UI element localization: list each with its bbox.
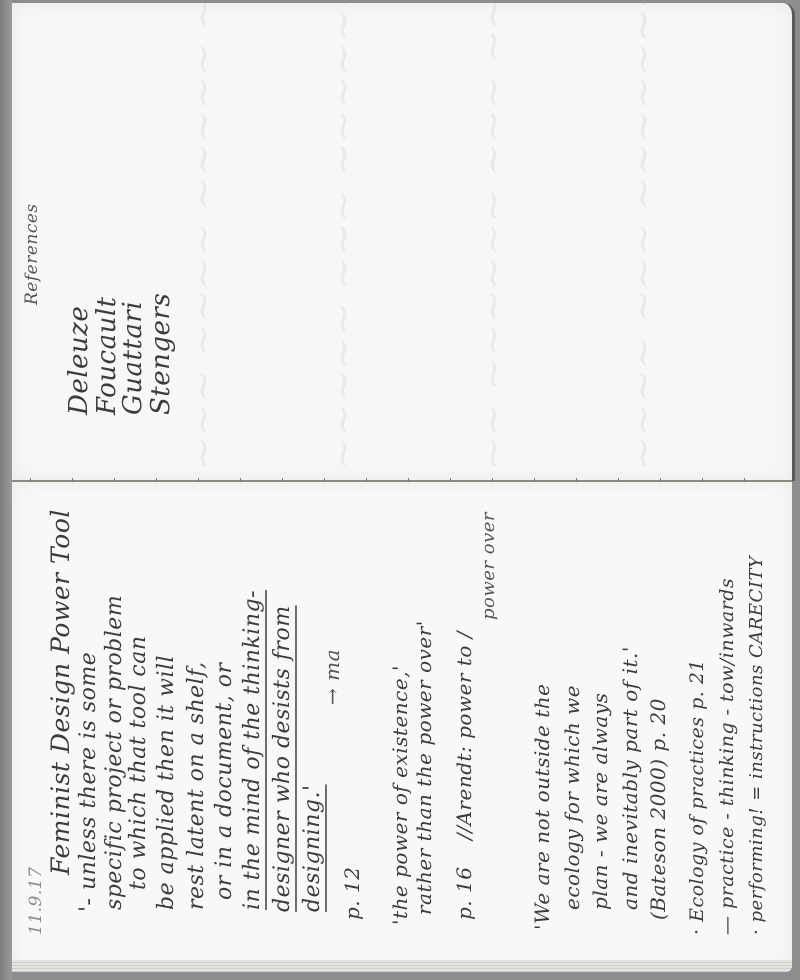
entry-date: 11.9.17 xyxy=(26,867,46,935)
quote-line-underlined: in the mind of the thinking- xyxy=(240,590,265,910)
bleed-through-text: ~~~~ ~~~ ~~~~~~~ ~ xyxy=(620,0,666,470)
ecology-note: · performing! = instructions CARECITY xyxy=(746,556,767,935)
entry-title: Feminist Design Power Tool xyxy=(46,509,75,875)
quote-line-underlined: designer who desists from xyxy=(270,605,295,912)
quote-line: be applied then it will xyxy=(154,655,179,910)
quote-line: ecology for which we xyxy=(560,685,584,910)
scan-background xyxy=(0,0,12,980)
quote-line: '- unless there is some xyxy=(76,652,101,912)
reference-name: Stengers xyxy=(146,293,176,415)
quote-line: or in a document, or xyxy=(212,662,237,900)
quote-line: specific project or problem xyxy=(102,595,127,910)
bleed-through-text: ~~ ~~~~~~ ~~~ ~~~~~ xyxy=(470,0,516,470)
bleed-through-text: ~~~~~ ~~~ ~~~~~~ ~~ xyxy=(320,0,366,470)
page-reference: p. 16 xyxy=(452,867,476,920)
citation: (Bateson 2000) p. 20 xyxy=(646,698,670,920)
quote-line: plan - we are always xyxy=(588,693,612,910)
reference-name: Deleuze xyxy=(64,306,94,415)
quote-line: 'the power of existence,' xyxy=(388,665,412,925)
arendt-note: //Arendt: power to / xyxy=(452,631,476,840)
quote-line-underlined: designing.' xyxy=(300,784,325,912)
references-heading: References xyxy=(22,203,42,305)
quote-line: rather than the power over' xyxy=(412,620,436,915)
reference-name: Guattari xyxy=(118,301,148,415)
ecology-note: — practice - thinking - tow/inwards xyxy=(716,578,738,935)
page-edges xyxy=(12,960,792,972)
arendt-note: power over xyxy=(478,512,499,620)
ecology-note: · Ecology of practices p. 21 xyxy=(686,659,708,935)
arrow-note: → ma xyxy=(320,649,344,705)
bleed-through-text: ~~~ ~~~~ ~~~~~ ~~~~ xyxy=(180,0,226,470)
quote-line: and inevitably part of it.' xyxy=(618,646,642,910)
quote-line: 'We are not outside the xyxy=(530,684,554,930)
quote-line: to which that tool can xyxy=(126,635,151,890)
page-reference: p. 12 xyxy=(340,867,364,920)
quote-line: rest latent on a shelf, xyxy=(184,661,209,910)
